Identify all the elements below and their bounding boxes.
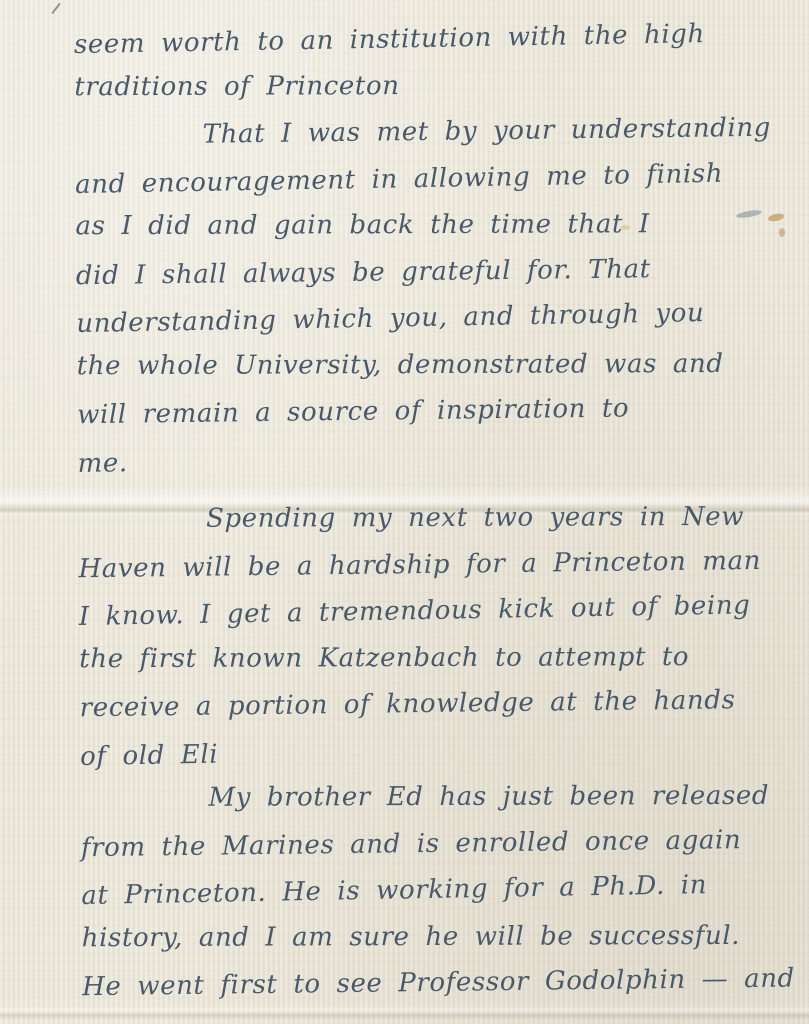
letter-body: seem worth to an institution with the hi…: [74, 13, 775, 1010]
letter-line: the whole University, demonstrated was a…: [77, 340, 769, 389]
pencil-mark: [51, 3, 61, 14]
letter-line: the first known Katzenbach to attempt to: [79, 633, 771, 682]
letter-line: My brother Ed has just been released: [80, 773, 772, 822]
letter-line: Spending my next two years in New: [78, 494, 770, 543]
letter-line: traditions of Princeton: [74, 61, 766, 110]
stain-mark-small: [779, 228, 785, 237]
letter-paper: seem worth to an institution with the hi…: [0, 0, 809, 1024]
letter-line: history, and I am sure he will be succes…: [82, 912, 774, 961]
letter-line: He went first to see Professor Godolphin…: [82, 956, 775, 1011]
stain-mark: [768, 213, 785, 222]
letter-line: as I did and gain back the time that I: [75, 201, 767, 250]
letter-line: seem worth to an institution with the hi…: [74, 10, 767, 69]
